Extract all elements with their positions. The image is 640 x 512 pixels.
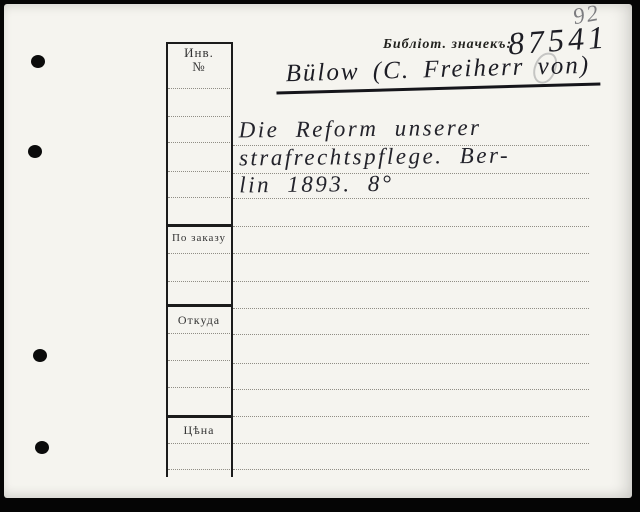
punch-hole bbox=[35, 441, 49, 454]
column-top-border bbox=[166, 42, 233, 44]
writing-dotted-line bbox=[233, 226, 589, 227]
section-separator bbox=[166, 304, 233, 307]
entry-line-1: Die Reform unserer bbox=[239, 114, 510, 144]
column-border-right bbox=[231, 42, 233, 477]
writing-dotted-line bbox=[233, 469, 589, 470]
section-separator bbox=[166, 224, 233, 227]
section-separator bbox=[166, 415, 233, 418]
column-dotted-line bbox=[168, 171, 230, 172]
field-label-inventory: Инв. № bbox=[167, 46, 231, 74]
writing-dotted-line bbox=[233, 173, 589, 174]
column-dotted-line bbox=[168, 197, 230, 198]
column-dotted-line bbox=[168, 88, 230, 89]
punch-hole bbox=[28, 145, 42, 158]
writing-dotted-line bbox=[233, 145, 589, 146]
field-label-origin: Откуда bbox=[167, 313, 231, 327]
column-dotted-line bbox=[168, 387, 230, 388]
field-label-inventory-line2: № bbox=[167, 60, 231, 74]
scanned-catalog-card-page: 92 Библіот. значекъ: 87541 Bülow (C. Fre… bbox=[0, 0, 640, 512]
column-dotted-line bbox=[168, 142, 230, 143]
punch-hole bbox=[33, 349, 47, 362]
column-dotted-line bbox=[168, 253, 230, 254]
column-dotted-line bbox=[168, 443, 230, 444]
field-label-price: Цѣна bbox=[167, 423, 231, 437]
writing-dotted-line bbox=[233, 416, 589, 417]
writing-dotted-line bbox=[233, 281, 589, 282]
writing-dotted-line bbox=[233, 389, 589, 390]
column-dotted-line bbox=[168, 281, 230, 282]
column-dotted-line bbox=[168, 360, 230, 361]
writing-dotted-line bbox=[233, 198, 589, 199]
punch-hole bbox=[31, 55, 45, 68]
title-entry-handwritten: Die Reform unserer strafrechtspflege. Be… bbox=[239, 114, 511, 199]
column-dotted-line bbox=[168, 116, 230, 117]
column-dotted-line bbox=[168, 469, 230, 470]
field-label-order: По заказу bbox=[167, 231, 231, 245]
writing-dotted-line bbox=[233, 363, 589, 364]
column-dotted-line bbox=[168, 333, 230, 334]
column-border-left bbox=[166, 42, 168, 477]
field-label-inventory-line1: Инв. bbox=[167, 46, 231, 60]
library-stamp-label: Библіот. значекъ: bbox=[383, 37, 512, 53]
writing-dotted-line bbox=[233, 253, 589, 254]
writing-dotted-line bbox=[233, 443, 589, 444]
writing-dotted-line bbox=[233, 308, 589, 309]
writing-dotted-line bbox=[233, 334, 589, 335]
